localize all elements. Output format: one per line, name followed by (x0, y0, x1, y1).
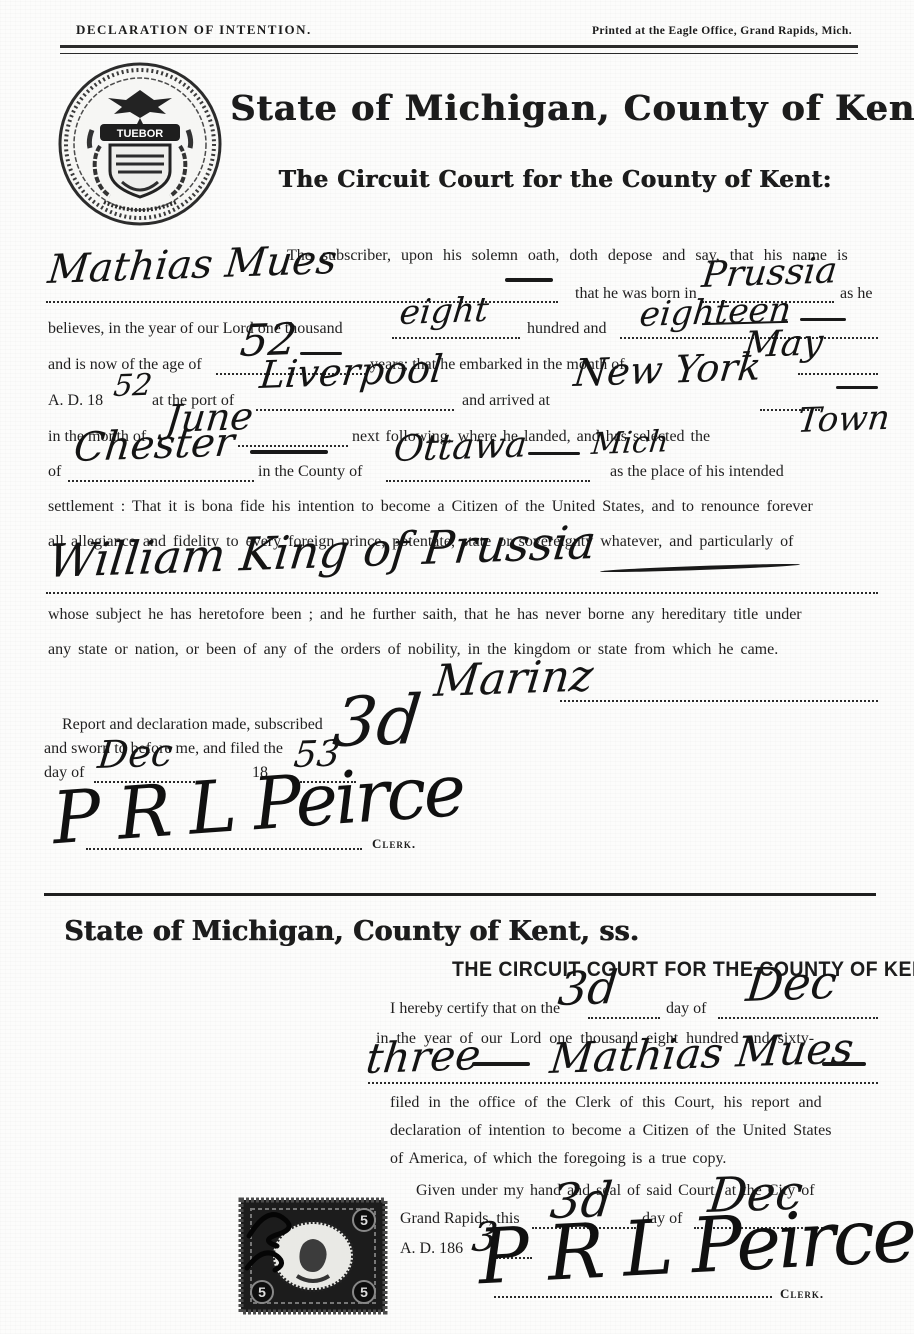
dotted-line (798, 373, 878, 375)
hw-dash (250, 450, 328, 454)
certificate-line-1: I hereby certify that on the (390, 1000, 560, 1018)
hw-dash (528, 452, 580, 455)
hw-cert-day: 3d (556, 964, 620, 1012)
hw-arrival-port: New York (572, 348, 763, 392)
certificate-line-5: of America, of which the foregoing is a … (390, 1150, 726, 1168)
declaration-line-11: any state or nation, or been of any of t… (48, 641, 778, 659)
certificate-court-heading: THE CIRCUIT COURT FOR THE COUNTY OF KENT… (452, 958, 914, 982)
certificate-line-3: filed in the office of the Clerk of this… (390, 1094, 822, 1112)
dotted-line (46, 592, 878, 594)
dotted-line (386, 480, 590, 482)
seal-motto: TUEBOR (117, 128, 164, 140)
dotted-line (238, 445, 348, 447)
dotted-line (718, 1017, 878, 1019)
court-subtitle: The Circuit Court for the County of Kent… (230, 166, 880, 193)
hw-cert-name: Mathias Mues (548, 1027, 856, 1080)
hw-town: Chester (72, 422, 236, 468)
hw-county: Ottawa (392, 427, 529, 468)
michigan-state-seal: TUEBOR (56, 60, 224, 228)
page-title: State of Michigan, County of Kent, ss. (230, 88, 880, 129)
dotted-line (86, 848, 362, 850)
hw-dash (472, 1062, 530, 1066)
hw-county-state: Mich (590, 427, 670, 460)
report-line-1: Report and declaration made, subscribed (62, 716, 323, 734)
declaration-line-7c: as the place of his intended (610, 463, 784, 481)
dotted-line (68, 480, 254, 482)
header-rule-thin (60, 53, 858, 54)
hw-dash (800, 318, 846, 321)
hw-flourish (600, 563, 800, 574)
certificate-line-4: declaration of intention to become a Cit… (390, 1122, 831, 1140)
declaration-line-7b: in the County of (258, 463, 362, 481)
declaration-line-7: of (48, 463, 61, 481)
clerk-label: Clerk. (372, 836, 416, 852)
dotted-line (392, 337, 520, 339)
hw-embark-year: 52 (112, 371, 154, 402)
certificate-line-1b: day of (666, 1000, 706, 1018)
hw-cert-month: Dec (744, 959, 839, 1008)
dotted-line (588, 1017, 660, 1019)
revenue-stamp: 5 5 5 (237, 1196, 389, 1320)
hw-port: Liverpool (258, 350, 445, 394)
hw-declarant-name: Mathias Mues (46, 240, 339, 290)
clerk-label-2: Clerk. (780, 1286, 824, 1302)
header-rule-thick (60, 45, 858, 48)
dotted-line (560, 700, 878, 702)
hw-birthplace: Prussia (700, 253, 839, 294)
dotted-line (368, 1082, 878, 1084)
declaration-line-2b: as he (840, 285, 872, 303)
dotted-line (256, 409, 454, 411)
hw-dash (505, 278, 553, 282)
declaration-line-10: whose subject he has heretofore been ; a… (48, 606, 802, 624)
dotted-line (494, 1296, 772, 1298)
stamp-denomination: 5 (360, 1284, 368, 1300)
hw-filed-day: 3d (330, 687, 424, 758)
hw-town-word: Town (796, 401, 891, 438)
declarant-signature: Marinz (432, 655, 595, 704)
doc-type-label: DECLARATION OF INTENTION. (76, 22, 312, 38)
hw-cert-year-word: three (364, 1034, 483, 1080)
certificate-heading: State of Michigan, County of Kent, ss. (64, 916, 639, 947)
document-page: DECLARATION OF INTENTION. Printed at the… (0, 0, 914, 1334)
hw-year-thousand: eight (398, 293, 490, 330)
printer-credit: Printed at the Eagle Office, Grand Rapid… (592, 25, 852, 37)
certificate-line-8: A. D. 186 (400, 1240, 463, 1258)
declaration-line-8: settlement : That it is bona fide his in… (48, 498, 813, 516)
hw-dash (836, 386, 878, 389)
declaration-line-5: A. D. 18 (48, 392, 103, 410)
clerk-signature-2: P R L Peirce (477, 1201, 914, 1292)
stamp-denomination: 5 (258, 1284, 266, 1300)
section-divider (44, 893, 876, 896)
stamp-denomination: 5 (360, 1212, 368, 1228)
hw-sovereign: William King of Prussia (46, 519, 598, 584)
declaration-line-5c: and arrived at (462, 392, 550, 410)
hw-dash (822, 1062, 866, 1066)
declaration-line-3b: hundred and (527, 320, 607, 338)
